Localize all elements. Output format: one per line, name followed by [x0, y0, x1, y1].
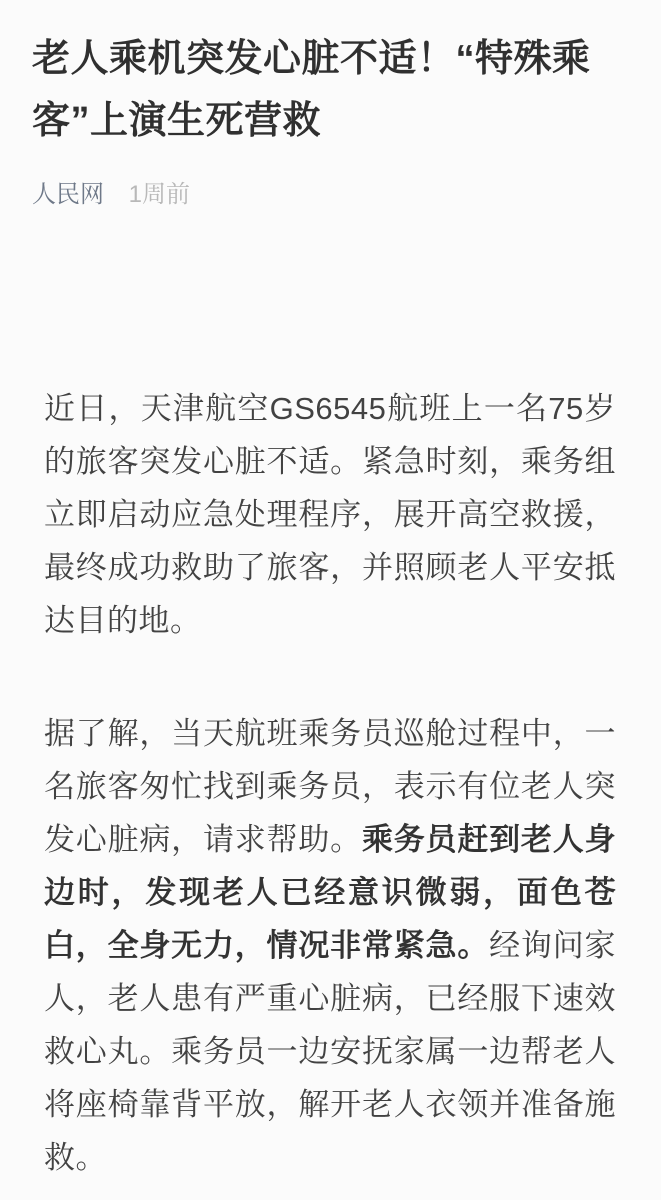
paragraph: 据了解，当天航班乘务员巡舱过程中，一名旅客匆忙找到乘务员，表示有位老人突发心脏病…: [44, 707, 616, 1184]
paragraph: 近日，天津航空GS6545航班上一名75岁的旅客突发心脏不适。紧急时刻，乘务组立…: [44, 382, 616, 647]
text-segment: 近日，天津航空GS6545航班上一名75岁的旅客突发心脏不适。紧急时刻，乘务组立…: [44, 391, 616, 638]
source-name[interactable]: 人民网: [32, 181, 104, 208]
article-byline: 人民网 1周前: [32, 178, 628, 212]
publish-time: 1周前: [129, 181, 190, 208]
text-segment: 经询问家人，老人患有严重心脏病，已经服下速效救心丸。乘务员一边安抚家属一边帮老人…: [44, 928, 616, 1175]
article-body: 近日，天津航空GS6545航班上一名75岁的旅客突发心脏不适。紧急时刻，乘务组立…: [32, 382, 628, 1184]
article-page: 老人乘机突发心脏不适！“特殊乘客”上演生死营救 人民网 1周前 近日，天津航空G…: [0, 0, 661, 1200]
article-title: 老人乘机突发心脏不适！“特殊乘客”上演生死营救: [32, 28, 628, 152]
